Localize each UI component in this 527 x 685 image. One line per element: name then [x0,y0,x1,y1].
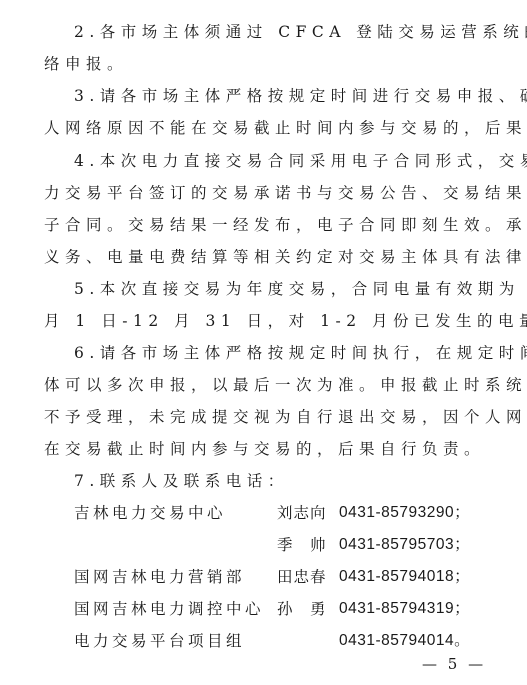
contact-org: 国网吉林电力营销部 [74,561,245,593]
contact-org: 国网吉林电力调控中心 [74,593,264,625]
paragraph-6-line-3: 不予受理，未完成提交视为自行退出交易，因个人网络原因不能 [44,401,527,433]
contact-org: 吉林电力交易中心 [74,497,226,529]
paragraph-2-line-1: 2.各市场主体须通过 CFCA 登陆交易运营系统的方式进行网 [74,16,527,48]
paragraph-6-line-2: 体可以多次申报，以最后一次为准。申报截止时系统自动关闭， [44,369,527,401]
paragraph-2-line-2: 络申报。 [44,48,128,80]
contact-phone: 0431-85794014。 [339,625,470,657]
paragraph-4-line-3: 子合同。交易结果一经发布，电子合同即刻生效。承诺书中权利 [44,209,527,241]
document-page: 2.各市场主体须通过 CFCA 登陆交易运营系统的方式进行网 络申报。 3.请各… [0,0,527,685]
paragraph-5-line-2: 月 1 日-12 月 31 日，对 1-2 月份已发生的电量进行追溯结算。 [44,305,527,337]
contact-person: 田忠春 [277,561,327,593]
paragraph-7-heading: 7.联系人及联系电话： [74,465,289,497]
contact-phone: 0431-85795703； [339,529,470,561]
paragraph-6-line-1: 6.请各市场主体严格按规定时间执行，在规定时间内市场主 [74,337,527,369]
paragraph-4-line-1: 4.本次电力直接交易合同采用电子合同形式，交易主体在电 [74,145,527,177]
contact-phone: 0431-85793290； [339,497,470,529]
contact-person: 孙 勇 [277,593,327,625]
paragraph-3-line-2: 人网络原因不能在交易截止时间内参与交易的，后果自行负责。 [44,112,527,144]
contact-phone: 0431-85794018； [339,561,470,593]
contact-person: 季 帅 [277,529,327,561]
paragraph-4-line-4: 义务、电量电费结算等相关约定对交易主体具有法律约束力。 [44,241,527,273]
contact-person: 刘志向 [277,497,327,529]
paragraph-3-line-1: 3.请各市场主体严格按规定时间进行交易申报、确认，因个 [74,80,527,112]
page-number: — 5 — [422,654,486,674]
paragraph-4-line-2: 力交易平台签订的交易承诺书与交易公告、交易结果共同组成电 [44,177,527,209]
contact-org: 电力交易平台项目组 [74,625,245,657]
paragraph-6-line-4: 在交易截止时间内参与交易的，后果自行负责。 [44,433,485,465]
paragraph-5-line-1: 5.本次直接交易为年度交易，合同电量有效期为 2021 年 1 [74,273,527,305]
contact-phone: 0431-85794319； [339,593,470,625]
